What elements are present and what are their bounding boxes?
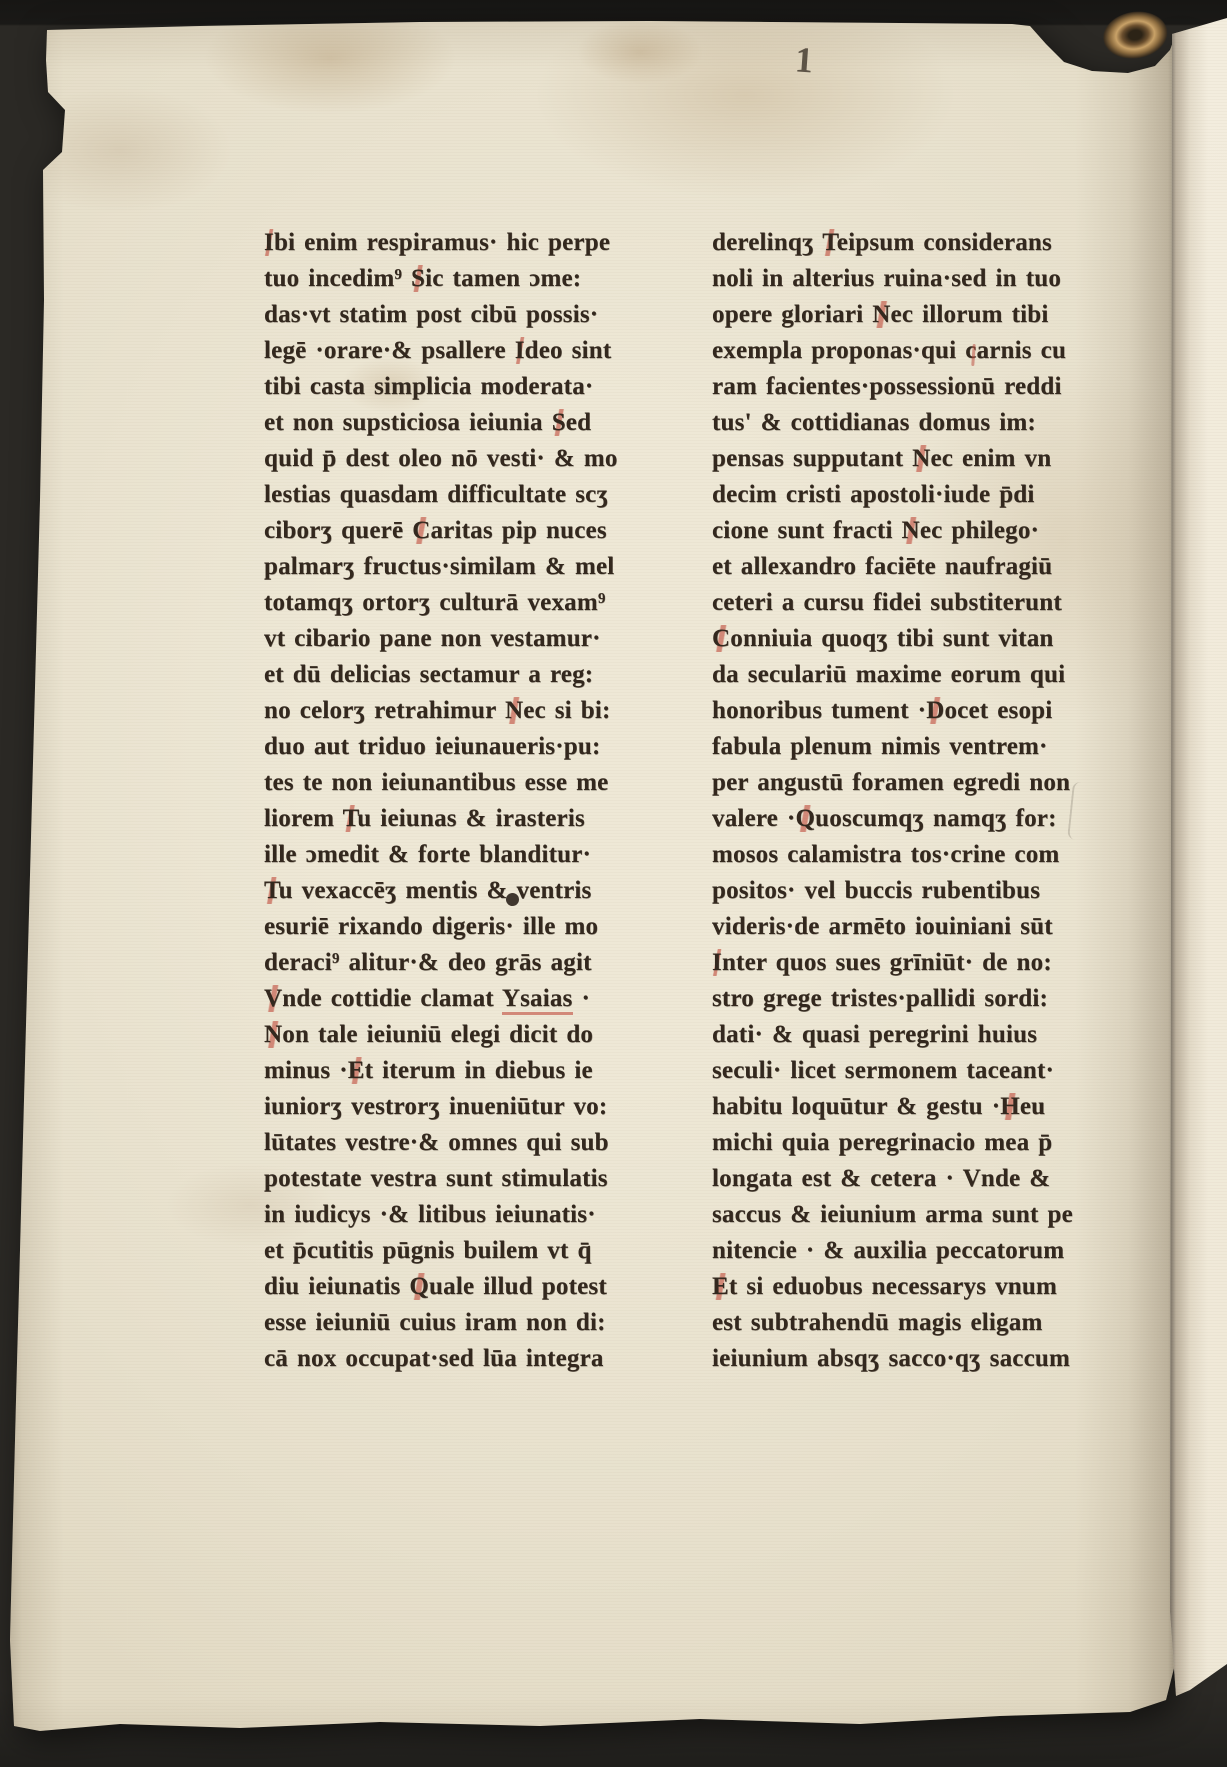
text-line: pensas supputant Nec enim vn [712, 441, 1076, 477]
text-line: palmarʒ fructus·similam & mel [264, 549, 636, 585]
red-touched-initial: D [926, 697, 944, 724]
text-line: iuniorʒ vestrorʒ inueniūtur vo: [264, 1089, 636, 1125]
text-line: honoribus tument ·Docet esopi [712, 693, 1076, 729]
text-line: et allexandro faciēte naufragiū [712, 549, 1076, 585]
text-line: ceteri a cursu fidei substiterunt [712, 585, 1076, 621]
text-line: per angustū foramen egredi non [712, 765, 1076, 801]
red-touched-initial: T [822, 229, 837, 256]
text-line: liorem Tu ieiunas & irasteris [264, 801, 636, 837]
text-line: decim cristi apostoli·iude p̄di [712, 477, 1076, 513]
text-line: et dū delicias sectamur a reg: [264, 657, 636, 693]
red-underlined-word: Ysaias [502, 985, 573, 1015]
text-line: Tu vexaccēʒ mentis & ventris [264, 873, 636, 909]
text-line: mosos calamistra tos·crine com [712, 837, 1076, 873]
text-line: duo aut triduo ieiunaueris·pu: [264, 729, 636, 765]
text-line: da seculariū maxime eorum qui [712, 657, 1076, 693]
text-line: exempla proponas·qui carnis cu [712, 333, 1076, 369]
ink-blot [506, 893, 519, 906]
red-touched-initial: N [902, 517, 920, 544]
text-line: tibi casta simplicia moderata· [264, 369, 636, 405]
text-line: in iudicys ·& litibus ieiunatis· [264, 1197, 636, 1233]
text-column-right: derelinqʒ Teipsum consideransnoli in alt… [712, 225, 1076, 1377]
text-line: minus ·Et iterum in diebus ie [264, 1053, 636, 1089]
red-touched-initial: N [264, 1021, 282, 1048]
text-line: nitencie · & auxilia peccatorum [712, 1233, 1076, 1269]
text-line: et p̄cutitis pūgnis builem vt q̄ [264, 1233, 636, 1269]
text-line: derelinqʒ Teipsum considerans [712, 225, 1076, 261]
text-line: tes te non ieiunantibus esse me [264, 765, 636, 801]
text-line: lestias quasdam difficultate scʒ [264, 477, 636, 513]
red-touched-initial: N [505, 697, 523, 724]
text-line: Non tale ieiuniū elegi dicit do [264, 1017, 636, 1053]
text-line: esuriē rixando digeris· ille mo [264, 909, 636, 945]
red-touched-initial: E [712, 1273, 729, 1300]
text-line: et non supsticiosa ieiunia Sed [264, 405, 636, 441]
text-line: Vnde cottidie clamat Ysaias · [264, 981, 636, 1017]
text-line: longata est & cetera · Vnde & [712, 1161, 1076, 1197]
text-line: Et si eduobus necessarys vnum [712, 1269, 1076, 1305]
text-line: est subtrahendū magis eligam [712, 1305, 1076, 1341]
red-touched-initial: I [515, 337, 525, 364]
text-line: potestate vestra sunt stimulatis [264, 1161, 636, 1197]
text-line: habitu loquūtur & gestu ·Heu [712, 1089, 1076, 1125]
red-touched-initial: C [712, 625, 730, 652]
text-line: ille ɔmedit & forte blanditur· [264, 837, 636, 873]
text-line: ciborʒ querē Caritas pip nuces [264, 513, 636, 549]
red-touched-initial: C [412, 517, 430, 544]
scanned-book-page: 1 Ibi enim respiramus· hic perpetuo ince… [0, 0, 1227, 1767]
text-line: esse ieiuniū cuius iram non di: [264, 1305, 636, 1341]
text-line: cione sunt fracti Nec philego· [712, 513, 1076, 549]
red-touched-initial: I [264, 229, 274, 256]
text-line: cā nox occupat·sed lūa integra [264, 1341, 636, 1377]
red-touched-initial: T [264, 877, 279, 904]
text-line: quid p̄ dest oleo nō vesti· & mo [264, 441, 636, 477]
red-touched-initial: E [348, 1057, 365, 1084]
text-line: lūtates vestre·& omnes qui sub [264, 1125, 636, 1161]
text-line: positos· vel buccis rubentibus [712, 873, 1076, 909]
text-line: diu ieiunatis Quale illud potest [264, 1269, 636, 1305]
text-line: Conniuia quoqʒ tibi sunt vitan [712, 621, 1076, 657]
text-line: saccus & ieiunium arma sunt pe [712, 1197, 1076, 1233]
text-line: dati· & quasi peregrini huius [712, 1017, 1076, 1053]
red-touched-initial: I [712, 949, 722, 976]
red-touched-initial: V [264, 985, 282, 1012]
text-line: ieiunium absqʒ sacco·qʒ saccum [712, 1341, 1076, 1377]
red-touched-initial: N [872, 301, 890, 328]
text-line: videris·de armēto iouiniani sūt [712, 909, 1076, 945]
text-line: noli in alterius ruina·sed in tuo [712, 261, 1076, 297]
text-line: totamqʒ ortorʒ culturā vexam⁹ [264, 585, 636, 621]
text-column-left: Ibi enim respiramus· hic perpetuo incedi… [264, 225, 636, 1377]
red-touched-initial: N [912, 445, 930, 472]
text-line: fabula plenum nimis ventrem· [712, 729, 1076, 765]
text-line: seculi· licet sermonem taceant· [712, 1053, 1076, 1089]
text-line: michi quia peregrinacio mea p̄ [712, 1125, 1076, 1161]
red-touched-initial: S [411, 265, 425, 292]
red-touched-initial: T [343, 805, 358, 832]
red-touched-initial: S [552, 409, 566, 436]
text-line: legē ·orare·& psallere Ideo sint [264, 333, 636, 369]
text-line: opere gloriari Nec illorum tibi [712, 297, 1076, 333]
red-touched-initial: Q [409, 1273, 429, 1300]
text-line: stro grege tristes·pallidi sordi: [712, 981, 1076, 1017]
text-line: deraci⁹ alitur·& deo grās agit [264, 945, 636, 981]
red-touched-initial: H [1000, 1093, 1020, 1120]
handwritten-folio-mark: 1 [793, 33, 817, 90]
text-line: das·vt statim post cibū possis· [264, 297, 636, 333]
text-line: no celorʒ retrahimur Nec si bi: [264, 693, 636, 729]
text-line: tus' & cottidianas domus im: [712, 405, 1076, 441]
text-line: ram facientes·possessionū reddi [712, 369, 1076, 405]
text-line: valere ·Quoscumqʒ namqʒ for: [712, 801, 1076, 837]
text-line: tuo incedim⁹ Sic tamen ɔme: [264, 261, 636, 297]
text-line: vt cibario pane non vestamur· [264, 621, 636, 657]
text-line: Inter quos sues grīniūt· de no: [712, 945, 1076, 981]
underlying-page-edge [1168, 12, 1227, 1696]
red-touched-initial: Q [795, 805, 815, 832]
text-line: Ibi enim respiramus· hic perpe [264, 225, 636, 261]
